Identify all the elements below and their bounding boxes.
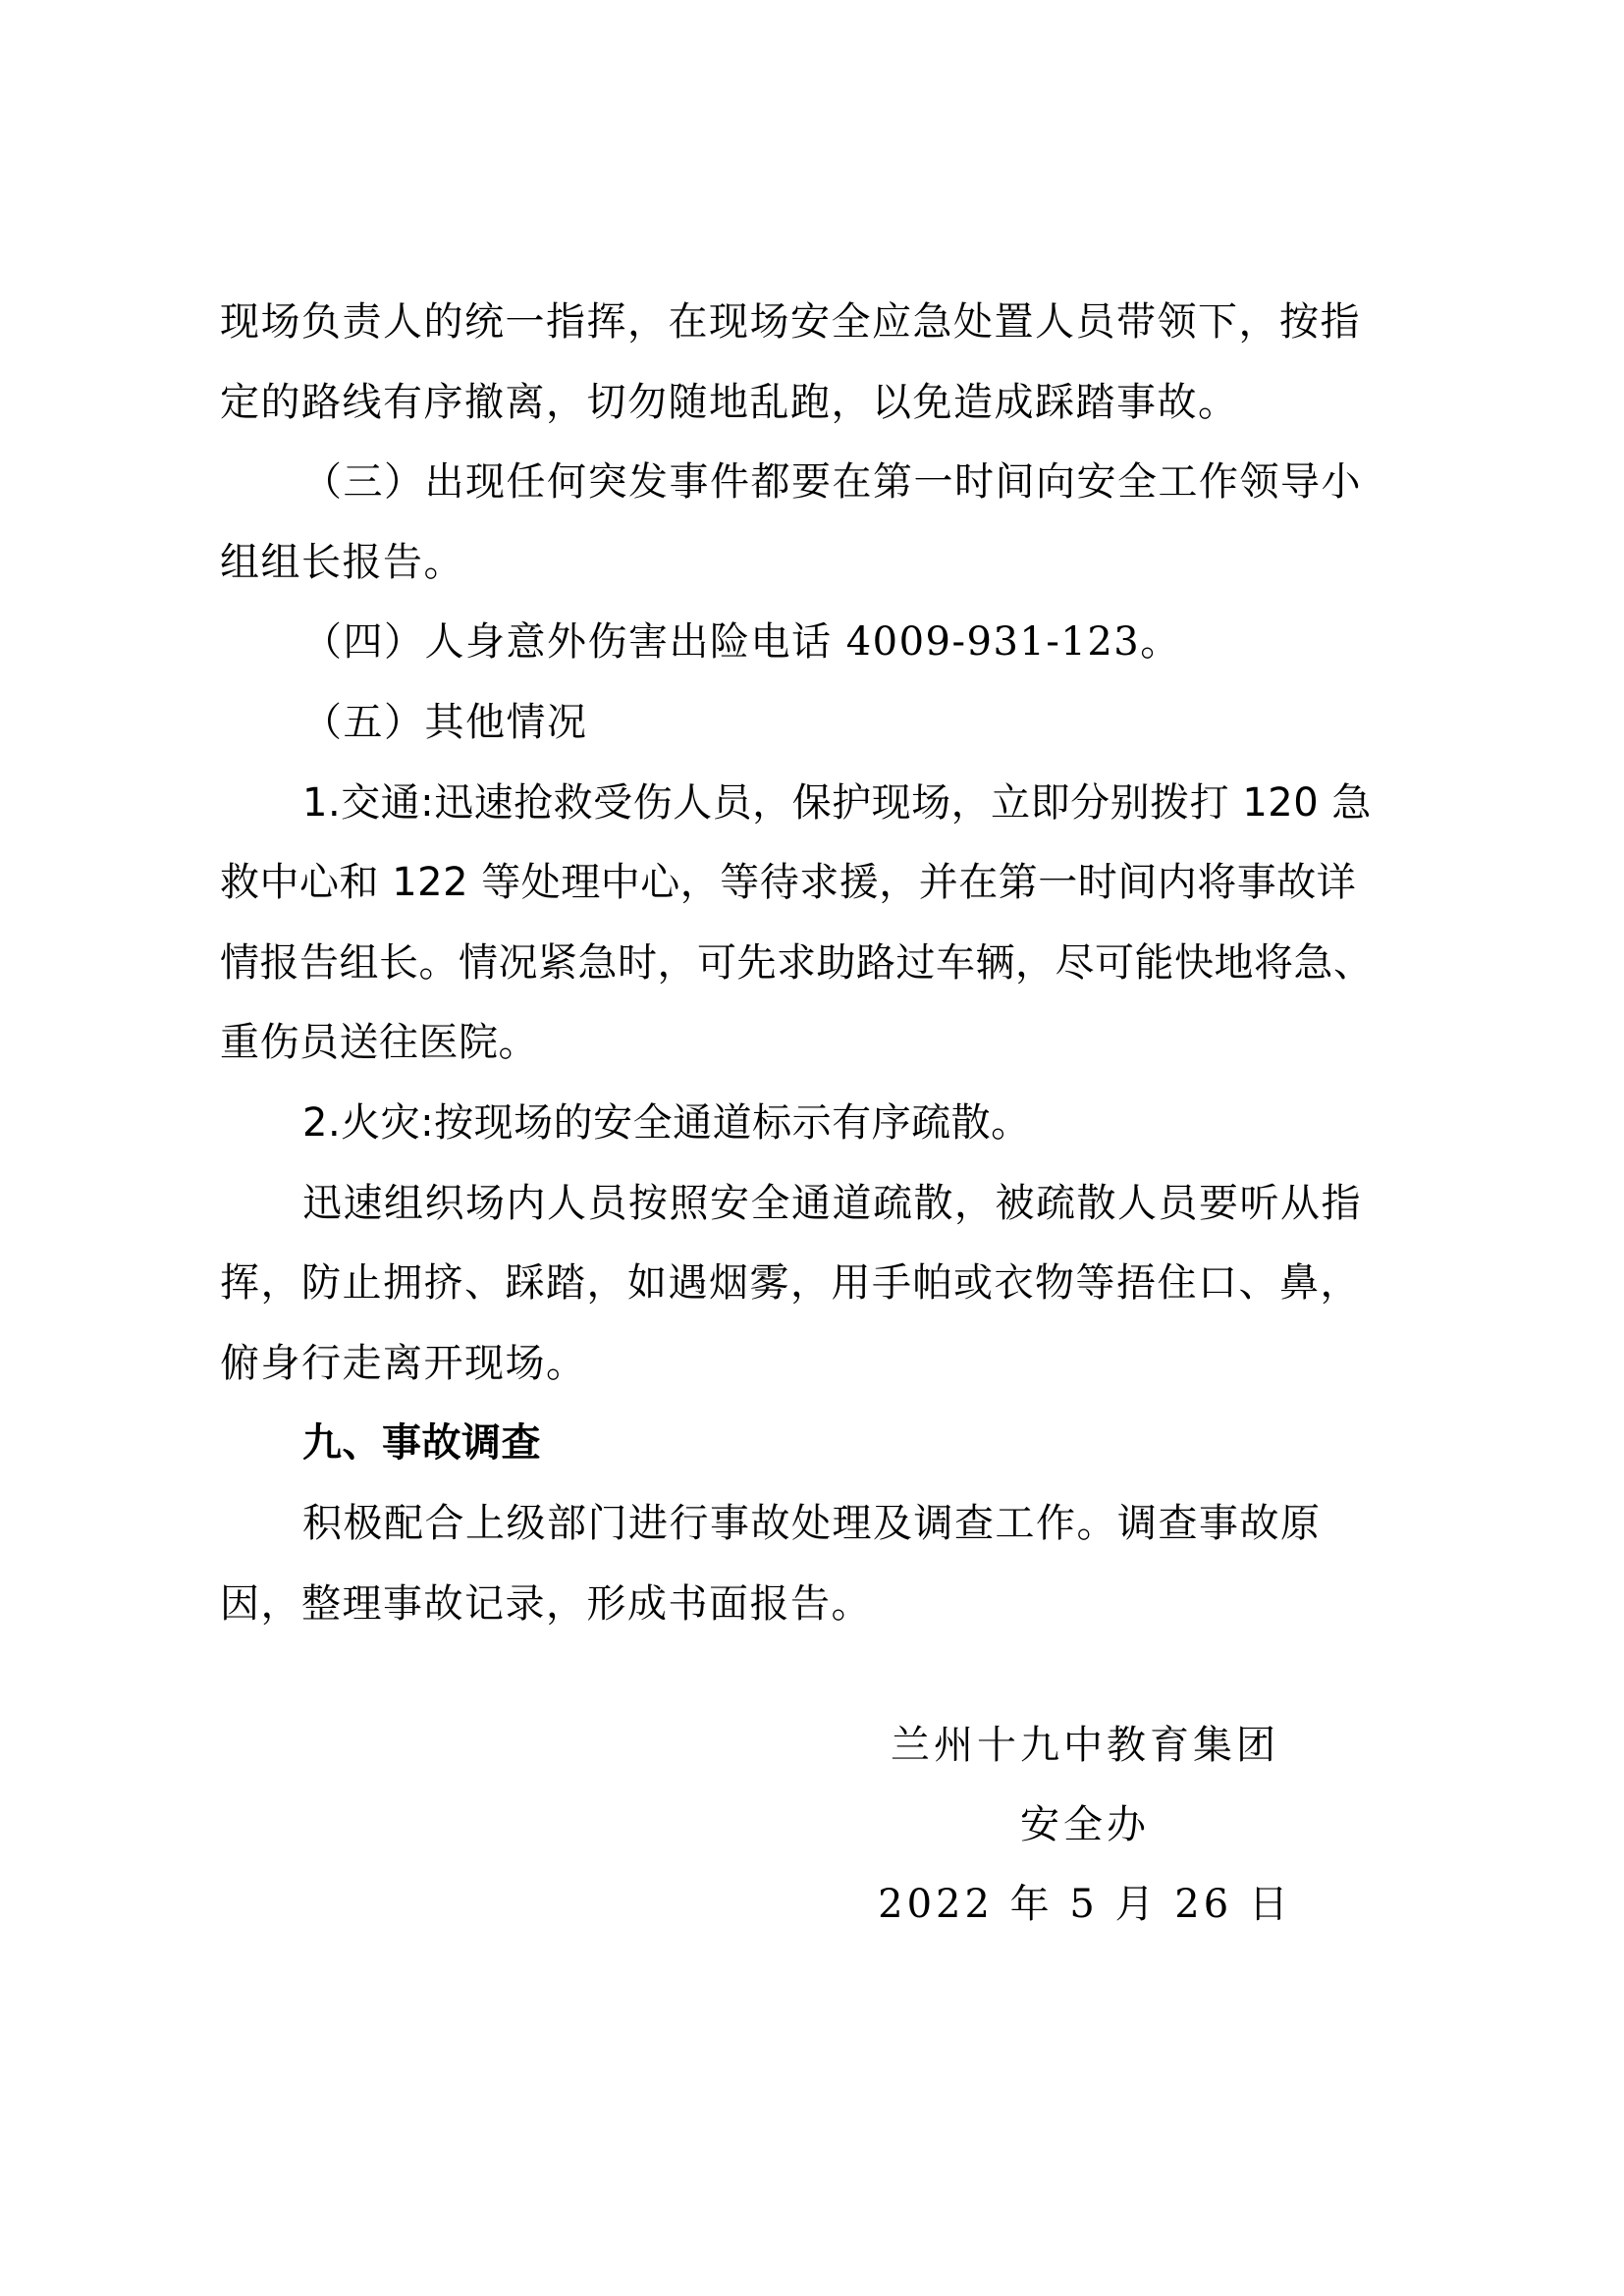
paragraph-line: 现场负责人的统一指挥，在现场安全应急处置人员带领下，按指 [220,283,1422,363]
document-body: 现场负责人的统一指挥，在现场安全应急处置人员带领下，按指 定的路线有序撤离，切勿… [220,283,1422,1644]
paragraph-line: 俯身行走离开现场。 [220,1324,1422,1405]
signature-organization: 兰州十九中教育集团 [864,1706,1306,1786]
section-heading: 九、事故调查 [220,1404,1422,1484]
paragraph-line: 挥，防止拥挤、踩踏，如遇烟雾，用手帕或衣物等捂住口、鼻， [220,1244,1422,1324]
paragraph-line: 定的路线有序撤离，切勿随地乱跑，以免造成踩踏事故。 [220,363,1422,444]
paragraph-line: （三）出现任何突发事件都要在第一时间向安全工作领导小 [220,443,1422,523]
paragraph-line: （五）其他情况 [220,683,1422,764]
paragraph-line: 组组长报告。 [220,523,1422,604]
signature-date: 2022 年 5 月 26 日 [864,1865,1306,1945]
paragraph-line: 因，整理事故记录，形成书面报告。 [220,1565,1422,1645]
paragraph-line: 迅速组织场内人员按照安全通道疏散，被疏散人员要听从指 [220,1164,1422,1245]
paragraph-line-traffic: 情报告组长。情况紧急时，可先求助路过车辆，尽可能快地将急、 [220,924,1422,1004]
paragraph-line: 积极配合上级部门进行事故处理及调查工作。调查事故原 [220,1484,1422,1565]
paragraph-line-traffic: 重伤员送往医院。 [220,1003,1422,1084]
signature-department: 安全办 [864,1786,1306,1865]
paragraph-line-fire: 2.火灾:按现场的安全通道标示有序疏散。 [220,1084,1422,1164]
paragraph-line-traffic: 救中心和 122 等处理中心，等待求援，并在第一时间内将事故详 [220,843,1422,924]
paragraph-line-phone: （四）人身意外伤害出险电话 4009-931-123。 [220,603,1422,683]
paragraph-line-traffic: 1.交通:迅速抢救受伤人员，保护现场，立即分别拨打 120 急 [220,764,1422,844]
document-page: 现场负责人的统一指挥，在现场安全应急处置人员带领下，按指 定的路线有序撤离，切勿… [0,0,1624,2296]
signature-block: 兰州十九中教育集团 安全办 2022 年 5 月 26 日 [864,1706,1306,1945]
